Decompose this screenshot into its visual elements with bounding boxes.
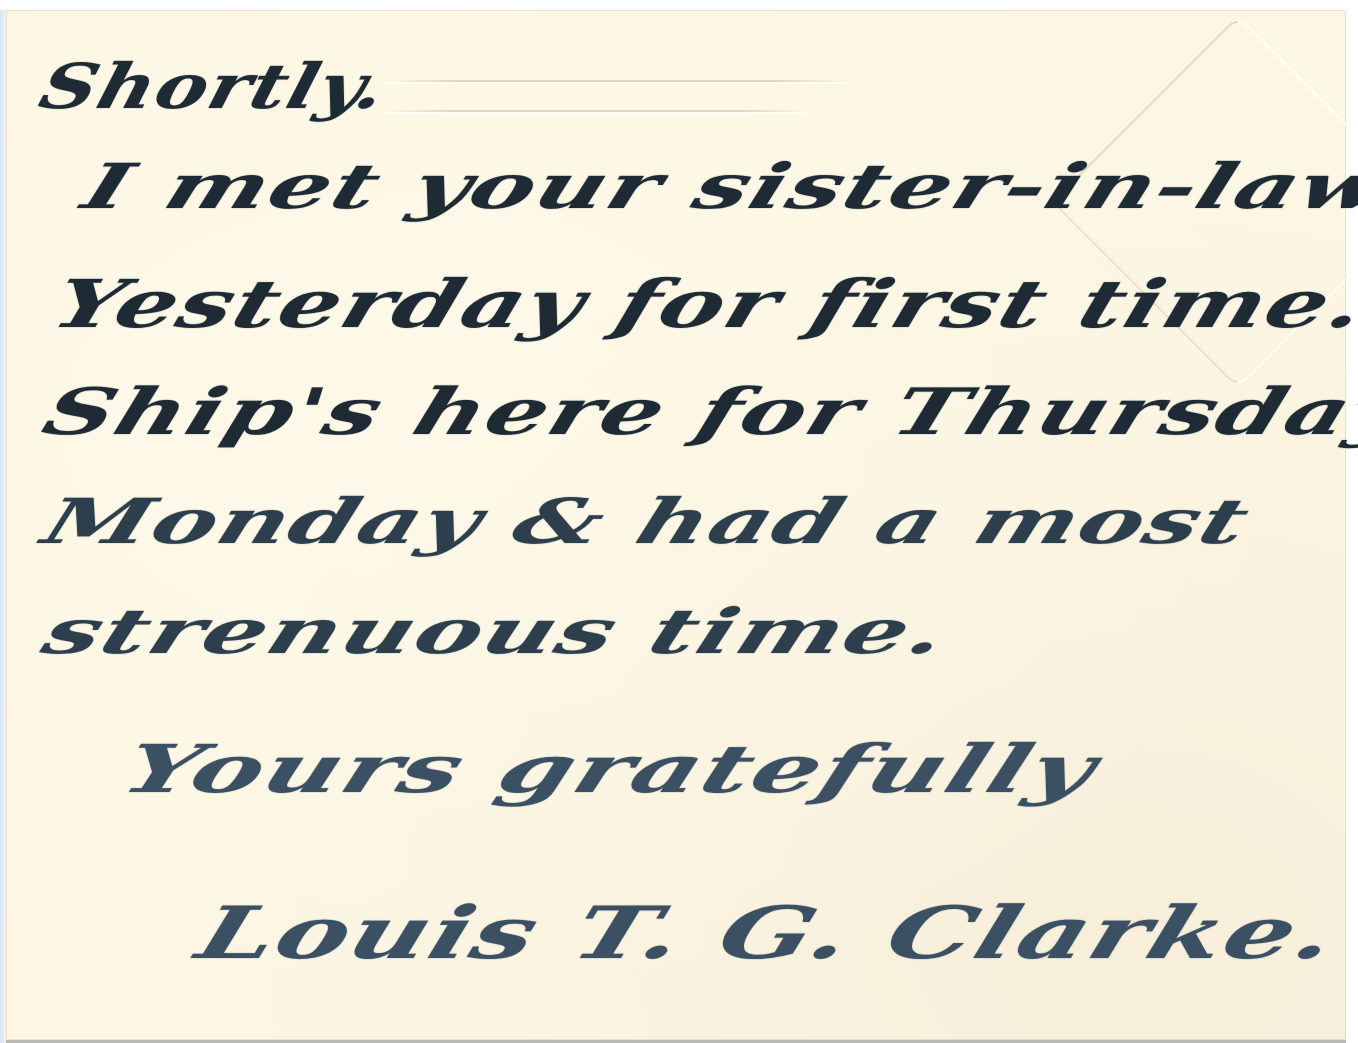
letter-line: Shortly. (32, 50, 395, 123)
letter-signature: Louis T. G. Clarke. (187, 890, 1349, 975)
letter-line: strenuous time. (34, 595, 959, 668)
letter-line: Ship's here for Thursday to (34, 375, 1358, 450)
embossed-rule-line (386, 110, 806, 114)
letter-line: Yesterday for first time. (44, 265, 1358, 343)
letter-card: Shortly. I met your sister-in-law Yester… (6, 10, 1346, 1040)
embossed-rule-line (386, 80, 846, 84)
letter-closing: Yours gratefully (113, 730, 1108, 808)
letter-line: Monday & had a most (34, 485, 1260, 558)
letter-line: I met your sister-in-law (74, 150, 1358, 223)
